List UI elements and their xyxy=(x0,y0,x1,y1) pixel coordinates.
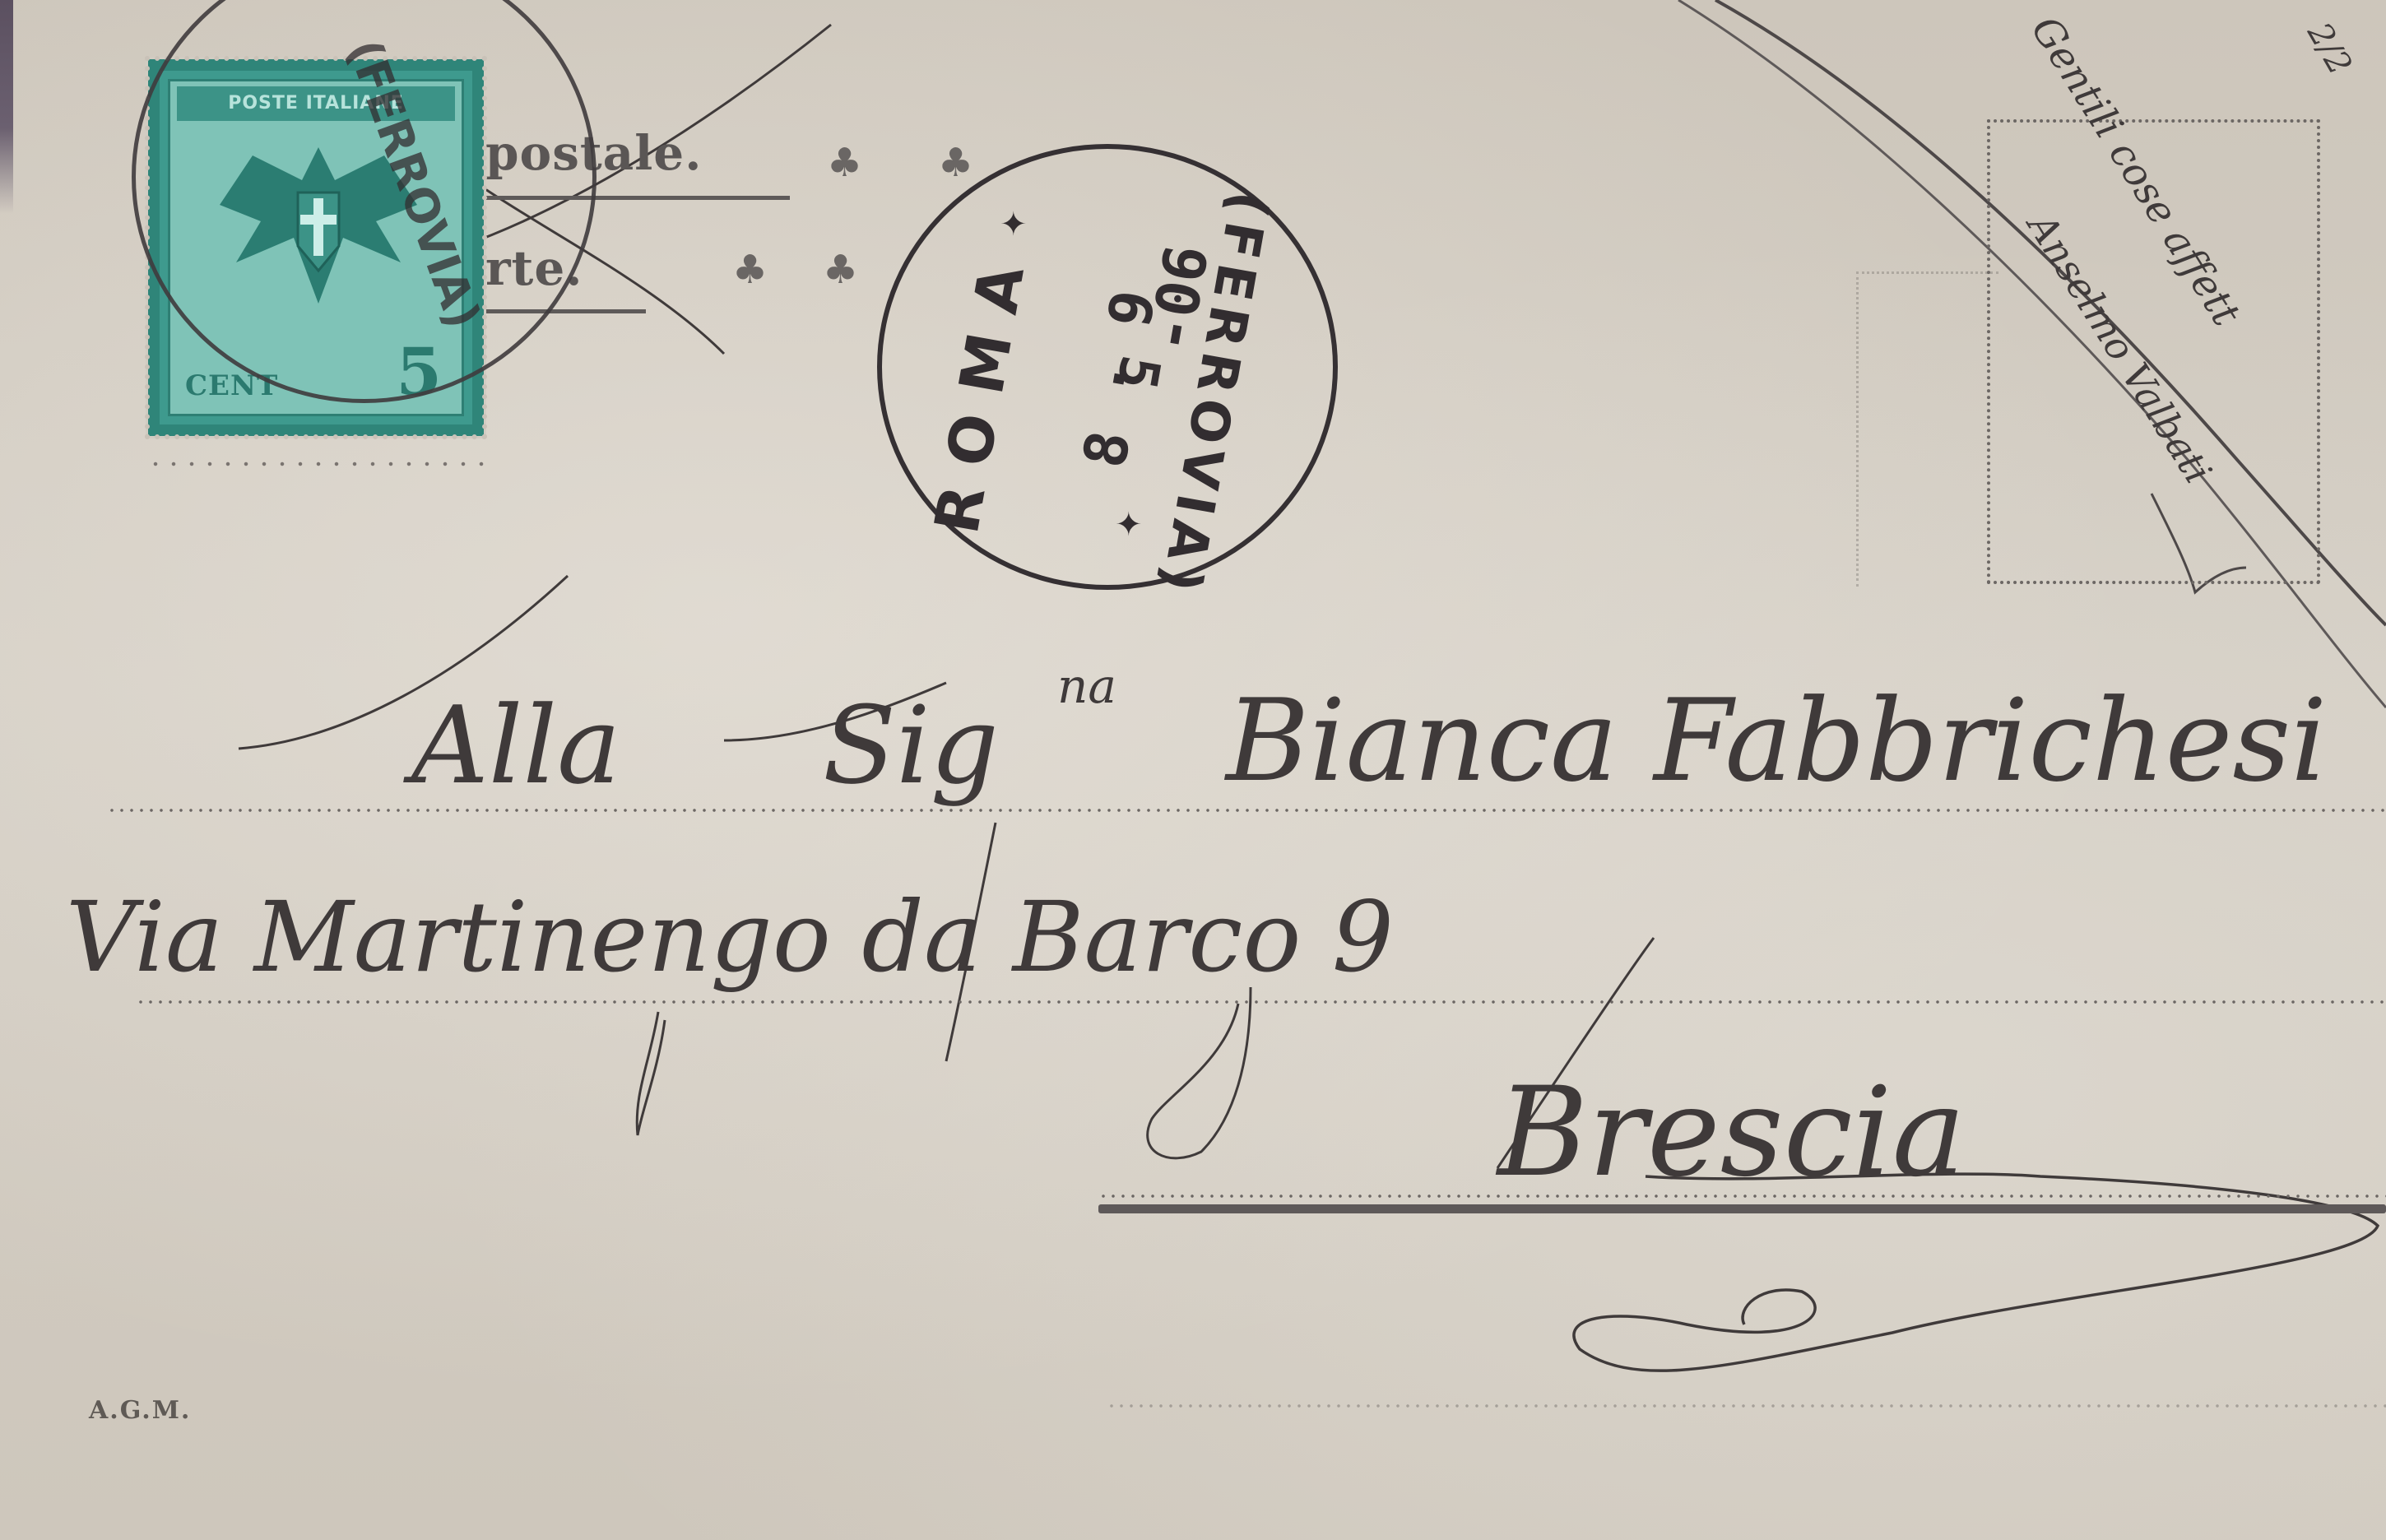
club-ornament-icon: ♣ xyxy=(938,140,973,186)
stamp-box-shadow-outline xyxy=(1856,271,1998,587)
printer-mark: A.G.M. xyxy=(89,1396,191,1425)
postmark-star-icon: ✦ xyxy=(1115,506,1143,544)
club-ornament-icon: ♣ xyxy=(732,247,768,293)
club-ornament-icon: ♣ xyxy=(827,140,862,186)
address-line-4 xyxy=(1107,1404,2386,1408)
address-title: Sig xyxy=(823,683,999,808)
corner-note-page: 2/2 xyxy=(2300,16,2359,81)
background-edge xyxy=(0,0,13,214)
address-line-2 xyxy=(136,1000,2386,1004)
postmark-star-icon: ✦ xyxy=(1000,206,1028,244)
address-city: Brescia xyxy=(1497,1061,1966,1204)
address-title-superscript: na xyxy=(1057,658,1116,714)
address-line-1 xyxy=(107,809,2386,812)
city-underline-bar xyxy=(1098,1204,2386,1213)
stamp-perforation-dots xyxy=(146,461,485,467)
address-salutation: Alla xyxy=(411,683,621,808)
postcard: postale. rte. ♣ ♣ ♣ ♣ POSTE ITALIANE CEN… xyxy=(0,0,2386,1540)
address-street: Via Martinengo da Barco 9 xyxy=(66,880,1394,994)
address-name: Bianca Fabbrichesi xyxy=(1226,675,2327,807)
club-ornament-icon: ♣ xyxy=(823,247,858,293)
